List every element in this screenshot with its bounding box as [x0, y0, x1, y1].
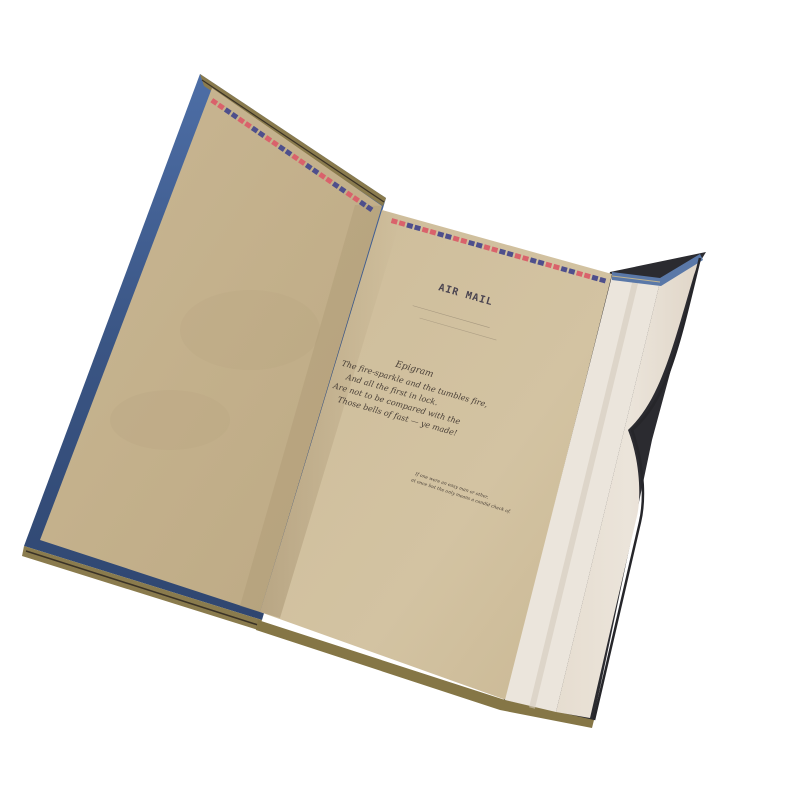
notebook-photo: AIR MAIL Epigram The fire-sparkle and th… — [0, 0, 800, 800]
